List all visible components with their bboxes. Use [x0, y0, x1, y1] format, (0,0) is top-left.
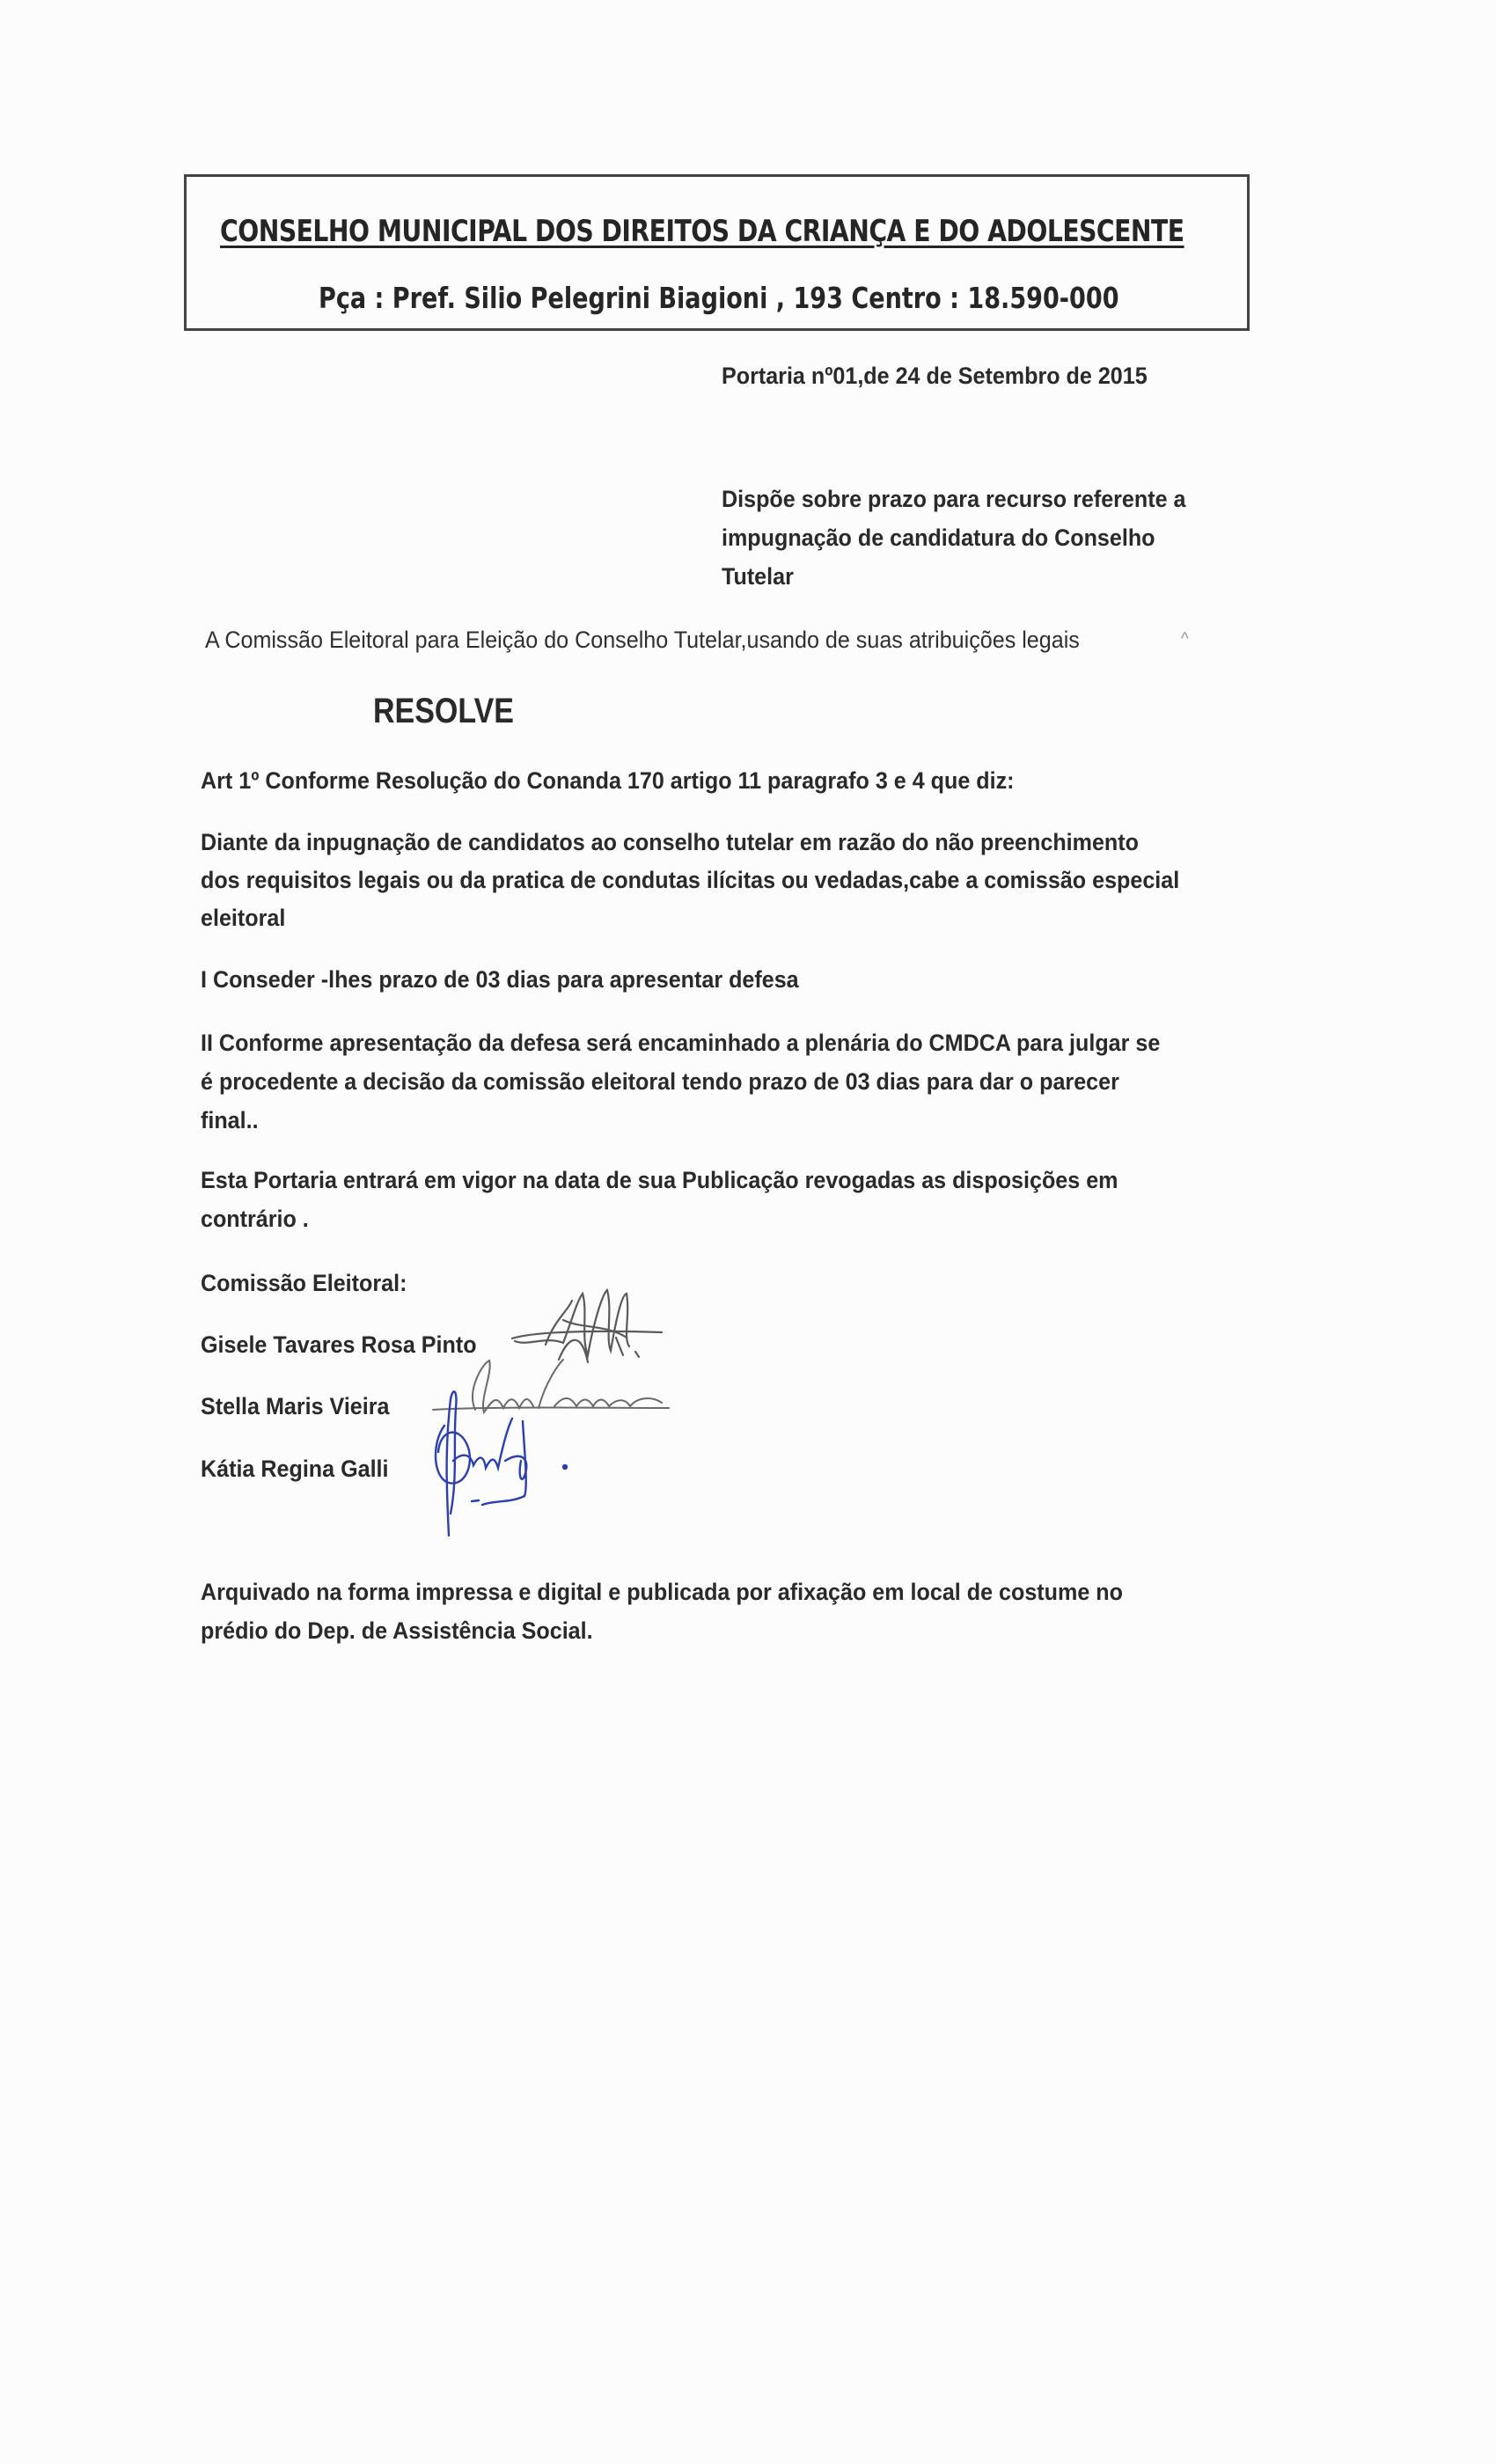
- letterhead-box: CONSELHO MUNICIPAL DOS DIREITOS DA CRIAN…: [184, 174, 1250, 331]
- signature-gisele: [512, 1290, 662, 1362]
- ementa-line: Dispõe sobre prazo para recurso referent…: [722, 488, 1186, 511]
- item-1: I Conseder -lhes prazo de 03 dias para a…: [201, 968, 799, 992]
- preamble: A Comissão Eleitoral para Eleição do Con…: [205, 628, 1080, 652]
- quote-line: dos requisitos legais ou da pratica de c…: [201, 869, 1179, 892]
- stray-mark: ^: [1181, 630, 1189, 648]
- resolve-heading: RESOLVE: [373, 693, 514, 729]
- ementa-line: Tutelar: [722, 565, 794, 589]
- member-name: Gisele Tavares Rosa Pinto: [201, 1333, 477, 1357]
- council-title: CONSELHO MUNICIPAL DOS DIREITOS DA CRIAN…: [220, 214, 1082, 249]
- council-address: Pça : Pref. Silio Pelegrini Biagioni , 1…: [319, 281, 1119, 315]
- item-2-line: final..: [201, 1109, 259, 1133]
- item-2-line: é procedente a decisão da comissão eleit…: [201, 1070, 1119, 1094]
- item-2-line: II Conforme apresentação da defesa será …: [201, 1031, 1160, 1055]
- quote-line: Diante da inpugnação de candidatos ao co…: [201, 831, 1139, 854]
- portaria-number: Portaria nº01,de 24 de Setembro de 2015: [722, 364, 1148, 388]
- quote-line: eleitoral: [201, 906, 285, 930]
- vigencia-line: contrário .: [201, 1207, 309, 1231]
- signature-stella: [433, 1360, 669, 1412]
- commission-label: Comissão Eleitoral:: [201, 1272, 407, 1295]
- vigencia-line: Esta Portaria entrará em vigor na data d…: [201, 1169, 1118, 1192]
- archive-line: prédio do Dep. de Assistência Social.: [201, 1619, 593, 1643]
- article-1: Art 1º Conforme Resolução do Conanda 170…: [201, 769, 1015, 793]
- member-name: Kátia Regina Galli: [201, 1457, 389, 1481]
- member-name: Stella Maris Vieira: [201, 1395, 389, 1419]
- ementa-line: impugnação de candidatura do Conselho: [722, 526, 1155, 550]
- signature-katia: [436, 1391, 567, 1536]
- document-page: CONSELHO MUNICIPAL DOS DIREITOS DA CRIAN…: [0, 0, 1496, 2464]
- archive-line: Arquivado na forma impressa e digital e …: [201, 1580, 1123, 1604]
